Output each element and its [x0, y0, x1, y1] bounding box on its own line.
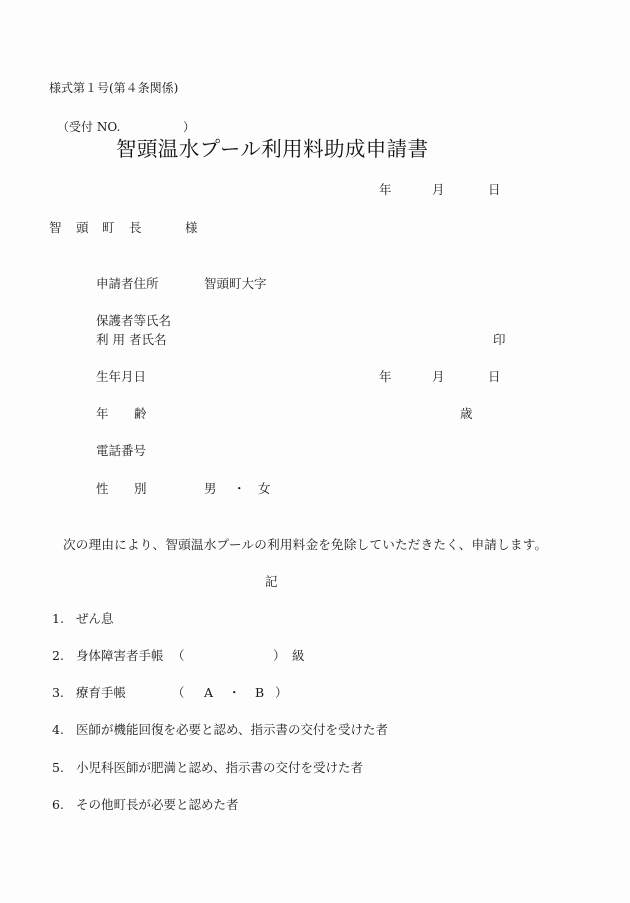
ki-heading: 記 — [265, 574, 278, 590]
page-title: 智頭温水プール利用料助成申請書 — [116, 136, 428, 162]
reason-1-number: 1. — [52, 611, 64, 627]
reason-2-paren-open: （ — [172, 648, 185, 664]
reason-3-option-b[interactable]: B — [255, 685, 264, 701]
birth-month-label: 月 — [432, 369, 445, 385]
guardian-name-label: 保護者等氏名 — [96, 313, 171, 329]
reason-6-number: 6. — [52, 797, 64, 813]
addressee-honorific: 様 — [185, 220, 198, 236]
phone-label: 電話番号 — [96, 443, 146, 459]
birth-year-label: 年 — [379, 369, 392, 385]
addressee-char-2: 頭 — [76, 220, 89, 236]
birth-day-label: 日 — [488, 369, 501, 385]
gender-label-char-1: 性 — [96, 481, 109, 497]
receipt-number-close: ） — [183, 119, 195, 135]
gender-option-female[interactable]: 女 — [258, 481, 271, 497]
date-year-label: 年 — [379, 182, 392, 198]
reason-3-separator: ・ — [228, 685, 241, 701]
user-name-label: 利 用 者氏名 — [96, 332, 166, 348]
gender-label-char-2: 別 — [134, 481, 147, 497]
seal-mark: 印 — [493, 332, 506, 348]
age-label-char-2: 齢 — [134, 406, 147, 422]
reason-3-number: 3. — [52, 685, 64, 701]
reason-2-grade-suffix: 級 — [292, 648, 305, 664]
age-unit: 歳 — [460, 406, 473, 422]
reason-5-number: 5. — [52, 760, 64, 776]
reason-2-text[interactable]: 身体障害者手帳 — [76, 648, 164, 664]
reason-5-text[interactable]: 小児科医師が肥満と認め、指示書の交付を受けた者 — [76, 760, 363, 776]
receipt-number-label: （受付 NO. — [57, 119, 120, 135]
addressee-char-4: 長 — [129, 220, 142, 236]
application-form-page: 様式第１号(第４条関係) （受付 NO. ） 智頭温水プール利用料助成申請書 年… — [0, 0, 630, 903]
reason-6-text[interactable]: その他町長が必要と認めた者 — [76, 797, 239, 813]
reason-1-text[interactable]: ぜん息 — [76, 611, 114, 627]
reason-3-option-a[interactable]: A — [204, 685, 213, 701]
form-number: 様式第１号(第４条関係) — [49, 80, 178, 96]
reason-4-number: 4. — [52, 722, 64, 738]
gender-separator: ・ — [233, 481, 246, 497]
request-statement: 次の理由により、智頭温水プールの利用料金を免除していただきたく、申請します。 — [63, 537, 547, 553]
reason-3-text[interactable]: 療育手帳 — [76, 685, 126, 701]
reason-4-text[interactable]: 医師が機能回復を必要と認め、指示書の交付を受けた者 — [76, 722, 388, 738]
applicant-address-label: 申請者住所 — [96, 276, 159, 292]
applicant-address-value[interactable]: 智頭町大字 — [204, 276, 267, 292]
reason-2-number: 2. — [52, 648, 64, 664]
gender-option-male[interactable]: 男 — [204, 481, 217, 497]
date-month-label: 月 — [432, 182, 445, 198]
age-label-char-1: 年 — [96, 406, 109, 422]
addressee-char-3: 町 — [102, 220, 115, 236]
birthdate-label: 生年月日 — [96, 369, 146, 385]
date-day-label: 日 — [488, 182, 501, 198]
reason-3-paren-close: ） — [275, 685, 288, 701]
reason-3-paren-open: （ — [172, 685, 185, 701]
addressee-char-1: 智 — [49, 220, 62, 236]
reason-2-paren-close: ） — [273, 648, 286, 664]
